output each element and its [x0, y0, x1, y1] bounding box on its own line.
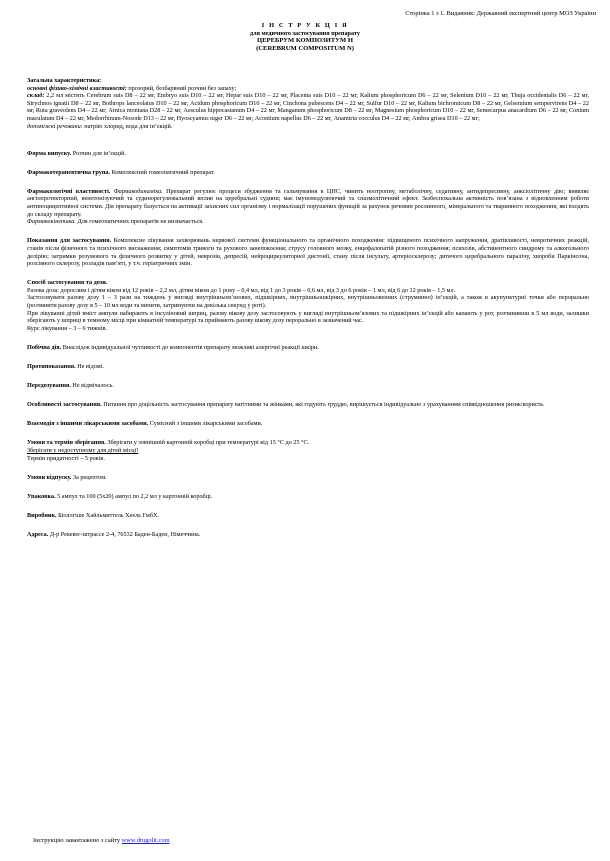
composition-text: 2,2 мл містять Cerebrum suis D8 – 22 мг,…: [27, 92, 589, 122]
interactions-label: Взаємодія з іншими лікарськими засобами.: [27, 420, 148, 427]
section-overdose: Передозування. Не відмічалось.: [27, 382, 589, 390]
dosage-administration: Застосовувати разову дозу 1 – 3 рази на …: [27, 294, 589, 309]
section-special-use: Особливості застосування. Питання про до…: [27, 401, 589, 409]
special-use-text: Питання про доцільність застосування пре…: [102, 401, 545, 408]
footer-site-link[interactable]: www.drugolit.com: [122, 837, 170, 844]
storage-children-warning: Зберігати у недоступному для дітей місці…: [27, 447, 138, 454]
side-effects-text: Внаслідок індивідуальної чутливості до к…: [61, 344, 319, 351]
document-body: Загальна характеристика: основні фізико-…: [27, 77, 589, 550]
document-title: І Н С Т Р У К Ц І Я для медичного застос…: [0, 22, 610, 53]
package-text: 5 ампул та 100 (5х20) ампул по 2,2 мл у …: [56, 493, 213, 500]
pharmacokinetics-text: Для гомеопатичних препаратів не визначає…: [76, 218, 204, 225]
manufacturer-label: Виробник.: [27, 512, 57, 519]
side-effects-label: Побічна дія.: [27, 344, 61, 351]
contraindications-text: Не відомі.: [76, 363, 104, 370]
section-side-effects: Побічна дія. Внаслідок індивідуальної чу…: [27, 344, 589, 352]
section-general: Загальна характеристика: основні фізико-…: [27, 77, 589, 130]
address-text: Д-р Рекевег-штрассе 2-4, 76532 Баден-Бад…: [48, 531, 200, 538]
title-drug-name: ЦЕРЕБРУМ КОМПОЗИТУМ Н: [0, 37, 610, 45]
section-package: Упаковка. 5 ампул та 100 (5х20) ампул по…: [27, 493, 589, 501]
dosage-label: Спосіб застосування та дози.: [27, 279, 107, 286]
section-address: Адреса. Д-р Рекевег-штрассе 2-4, 76532 Б…: [27, 531, 589, 539]
dosage-children: При лікуванні дітей вміст ампули набираю…: [27, 310, 589, 325]
indications-text: Комплексне лікування захворювань нервово…: [27, 237, 589, 267]
section-indications: Показання для застосування. Комплексне л…: [27, 237, 589, 267]
composition-label: склад:: [27, 92, 44, 99]
address-label: Адреса.: [27, 531, 48, 538]
title-drug-latin: (CEREBRUM COMPOSITUM N): [0, 45, 610, 53]
indications-label: Показання для застосування.: [27, 237, 111, 244]
manufacturer-text: Біологіше Хайльмиттель Хеель ГмбХ.: [57, 512, 159, 519]
group-text: Комплексний гомеопатичний препарат.: [110, 169, 215, 176]
section-manufacturer: Виробник. Біологіше Хайльмиттель Хеель Г…: [27, 512, 589, 520]
overdose-text: Не відмічалось.: [71, 382, 114, 389]
section-dispensing: Умови відпуску. За рецептом.: [27, 474, 589, 482]
general-heading: Загальна характеристика:: [27, 77, 101, 84]
shelf-life: Термін придатності – 5 років.: [27, 455, 589, 463]
pharmacokinetics-label: Фармакокінетика.: [27, 218, 76, 225]
page-footer: Інструкцію завантажено з сайту www.drugo…: [33, 837, 170, 845]
storage-text: Зберігати у зовнішній картонній коробці …: [106, 439, 309, 446]
overdose-label: Передозування.: [27, 382, 71, 389]
contraindications-label: Протипоказання.: [27, 363, 76, 370]
section-storage: Умови та термін зберігання. Зберігати у …: [27, 439, 589, 462]
form-label: Форма випуску.: [27, 150, 71, 157]
section-interactions: Взаємодія з іншими лікарськими засобами.…: [27, 420, 589, 428]
interactions-text: Сумісний з іншими лікарськими засобами.: [148, 420, 262, 427]
title-instruction: І Н С Т Р У К Ц І Я: [0, 22, 610, 30]
excipients-text: натрію хлорид, вода для ін’єкцій.: [83, 123, 173, 130]
excipients-label: допоміжні речовини:: [27, 123, 83, 130]
dosage-single-dose: Разова доза: дорослим і дітям віком від …: [27, 287, 589, 295]
physchem-text: прозорий, безбарвний розчин без запаху;: [127, 85, 237, 92]
physchem-label: основні фізико-хімічні властивості:: [27, 85, 127, 92]
package-label: Упаковка.: [27, 493, 56, 500]
page-header-info: Сторінка 1 з 1. Видавник: Державний експ…: [405, 10, 596, 18]
section-dosage: Спосіб застосування та дози. Разова доза…: [27, 279, 589, 332]
dosage-course: Курс лікування – 3 – 6 тижнів.: [27, 325, 589, 333]
group-label: Фармакотерапевтична група.: [27, 169, 110, 176]
pharm-label: Фармакологічні властивості.: [27, 188, 110, 195]
pharmacodynamics-label: Фармакодинаміка.: [110, 188, 162, 195]
dispensing-label: Умови відпуску.: [27, 474, 71, 481]
special-use-label: Особливості застосування.: [27, 401, 102, 408]
title-subtitle: для медичного застосування препарату: [0, 30, 610, 37]
section-form: Форма випуску. Розчин для ін’єкцій.: [27, 150, 589, 158]
footer-text: Інструкцію завантажено з сайту: [33, 837, 122, 844]
section-group: Фармакотерапевтична група. Комплексний г…: [27, 169, 589, 177]
section-contraindications: Протипоказання. Не відомі.: [27, 363, 589, 371]
storage-label: Умови та термін зберігання.: [27, 439, 106, 446]
section-pharmacology: Фармакологічні властивості. Фармакодинам…: [27, 188, 589, 226]
dispensing-text: За рецептом.: [71, 474, 106, 481]
form-text: Розчин для ін’єкцій.: [71, 150, 126, 157]
